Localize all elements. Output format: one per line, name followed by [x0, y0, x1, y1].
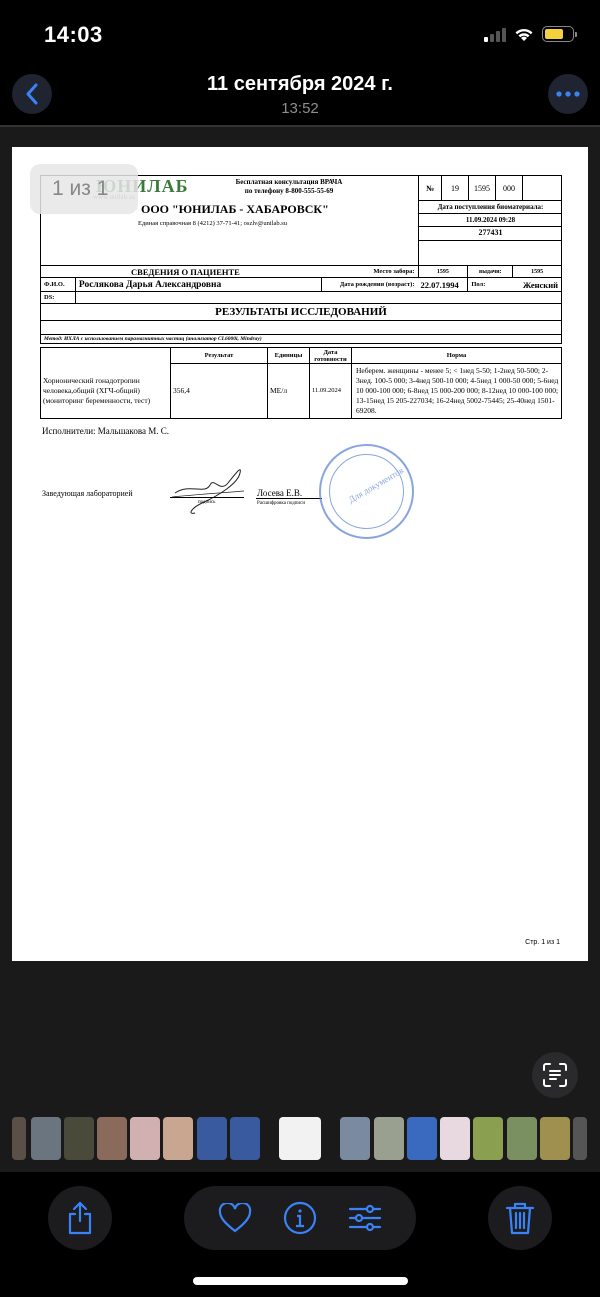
- sex-label: Пол:: [467, 278, 501, 291]
- test-result: 356,4: [171, 364, 268, 419]
- number-part: 000: [495, 176, 523, 200]
- share-button[interactable]: [48, 1186, 112, 1250]
- patient-section-row: СВЕДЕНИЯ О ПАЦИЕНТЕ Место забора: 1595 в…: [40, 265, 562, 278]
- test-units: МЕ/л: [268, 364, 310, 419]
- blank-row: [40, 321, 562, 335]
- results-title: РЕЗУЛЬТАТЫ ИССЛЕДОВАНИЙ: [41, 304, 561, 320]
- thumbnail[interactable]: [130, 1117, 160, 1160]
- patient-section-title: СВЕДЕНИЯ О ПАЦИЕНТЕ: [41, 266, 330, 277]
- thumbnail[interactable]: [507, 1117, 537, 1160]
- battery-icon: [542, 26, 574, 42]
- home-indicator[interactable]: [193, 1277, 408, 1285]
- thumbnail[interactable]: [12, 1117, 26, 1160]
- thumbnail[interactable]: [163, 1117, 193, 1160]
- heart-icon[interactable]: [218, 1203, 252, 1233]
- stamp-text: Для документов: [347, 465, 406, 505]
- signature-icon: [170, 465, 250, 515]
- wifi-icon: [514, 27, 534, 42]
- col-test: [41, 348, 171, 364]
- stamp-icon: Для документов: [319, 444, 414, 539]
- info-icon[interactable]: [283, 1201, 317, 1235]
- collection-place: 1595: [418, 266, 468, 277]
- patient-dob: 22.07.1994: [418, 278, 468, 291]
- contacts: Единая справочная 8 (4212) 37-71-41; osz…: [138, 220, 287, 227]
- thumbnail[interactable]: [540, 1117, 570, 1160]
- signer-caption: Расшифровка подписи: [257, 501, 305, 506]
- order-id: 277431: [419, 227, 562, 241]
- consult-line-2: по телефону 8-800-555-55-69: [219, 187, 359, 196]
- document-viewer[interactable]: 1 из 1 ЮНИЛАБ www.unilab.su Бесплатная к…: [0, 125, 600, 1110]
- thumbnail[interactable]: [31, 1117, 61, 1160]
- patient-name-row: Ф.И.О. Рослякова Дарья Александровна Дат…: [40, 278, 562, 292]
- live-text-icon: [541, 1061, 569, 1089]
- head-label: Заведующая лабораторией: [42, 489, 133, 498]
- thumbnail[interactable]: [230, 1117, 260, 1160]
- consult-line-1: Бесплатная консультация ВРАЧА: [219, 178, 359, 187]
- sample-info-box: № 19 1595 000 Дата поступления биоматери…: [418, 176, 562, 266]
- thumbnail[interactable]: [64, 1117, 94, 1160]
- status-time: 14:03: [44, 22, 103, 48]
- sliders-icon[interactable]: [348, 1201, 382, 1235]
- method-text: Метод: ИХЛА с использованием парамагнитн…: [41, 335, 265, 343]
- col-ready-date: Дата готовности: [310, 348, 352, 364]
- thumbnail[interactable]: [197, 1117, 227, 1160]
- thumbnail[interactable]: [374, 1117, 404, 1160]
- thumbnail-current[interactable]: [279, 1117, 321, 1160]
- page-number: Стр. 1 из 1: [525, 939, 560, 946]
- test-norm: Неберем. женщины - менее 5; < 1нед 5-50;…: [352, 364, 562, 419]
- diagnosis-row: DS:: [40, 292, 562, 304]
- action-group: [184, 1186, 416, 1250]
- photo-time-subtitle: 13:52: [0, 100, 600, 117]
- consultation-note: Бесплатная консультация ВРАЧА по телефон…: [219, 178, 359, 196]
- document-page: 1 из 1 ЮНИЛАБ www.unilab.su Бесплатная к…: [12, 147, 588, 961]
- collection-place-label: Место забора:: [330, 266, 418, 277]
- thumbnail[interactable]: [473, 1117, 503, 1160]
- status-icons: [484, 26, 574, 42]
- table-row: Хорионический гонадотропин человека,общи…: [41, 364, 562, 419]
- col-norm: Норма: [352, 348, 562, 364]
- nav-header: 11 сентября 2024 г. 13:52: [0, 70, 600, 125]
- test-name: Хорионический гонадотропин человека,общи…: [41, 364, 171, 419]
- photo-date-title: 11 сентября 2024 г.: [0, 73, 600, 96]
- fio-label: Ф.И.О.: [41, 278, 75, 291]
- cellular-signal-icon: [484, 26, 506, 42]
- number-part: 1595: [468, 176, 495, 200]
- share-icon: [66, 1201, 94, 1235]
- patient-name: Рослякова Дарья Александровна: [75, 278, 321, 291]
- status-bar: 14:03: [0, 0, 600, 70]
- test-ready-date: 11.09.2024: [310, 364, 352, 419]
- received-datetime: 11.09.2024 09:28: [419, 214, 562, 227]
- delete-button[interactable]: [488, 1186, 552, 1250]
- thumbnail[interactable]: [407, 1117, 437, 1160]
- sample-number-row: № 19 1595 000: [419, 176, 562, 201]
- results-table: Результат Единицы Дата готовности Норма …: [40, 347, 562, 419]
- ellipsis-icon: [556, 91, 580, 97]
- thumbnail[interactable]: [440, 1117, 470, 1160]
- thumbnail[interactable]: [97, 1117, 127, 1160]
- signature-caption: подпись: [198, 500, 215, 505]
- results-title-row: РЕЗУЛЬТАТЫ ИССЛЕДОВАНИЙ: [40, 304, 562, 321]
- method-row: Метод: ИХЛА с использованием парамагнитн…: [40, 335, 562, 344]
- signer-name: Лосева Е.В.: [257, 488, 302, 498]
- signer-line: [256, 498, 322, 499]
- page-indicator-badge: 1 из 1: [30, 164, 138, 214]
- col-result: Результат: [171, 348, 268, 364]
- ds-label: DS:: [41, 292, 75, 303]
- received-label: Дата поступления биоматериала:: [419, 201, 562, 214]
- col-units: Единицы: [268, 348, 310, 364]
- thumbnail-strip[interactable]: [0, 1110, 600, 1172]
- patient-sex: Женский: [501, 278, 561, 291]
- dob-label: Дата рождения (возраст):: [321, 278, 418, 291]
- live-text-button[interactable]: [532, 1052, 578, 1098]
- patient-info: СВЕДЕНИЯ О ПАЦИЕНТЕ Место забора: 1595 в…: [40, 265, 562, 344]
- thumbnail[interactable]: [573, 1117, 587, 1160]
- results-header-row: Результат Единицы Дата готовности Норма: [41, 348, 562, 364]
- number-part: 19: [441, 176, 468, 200]
- trash-icon: [505, 1201, 535, 1235]
- signature-line: [170, 497, 244, 498]
- issue-label: выдачи:: [467, 266, 512, 277]
- executors: Исполнители: Мальшакова М. С.: [42, 426, 169, 436]
- number-label: №: [419, 176, 441, 200]
- issue-place: 1595: [512, 266, 561, 277]
- organization-name: ООО "ЮНИЛАБ - ХАБАРОВСК": [141, 202, 329, 217]
- more-button[interactable]: [548, 74, 588, 114]
- thumbnail[interactable]: [340, 1117, 370, 1160]
